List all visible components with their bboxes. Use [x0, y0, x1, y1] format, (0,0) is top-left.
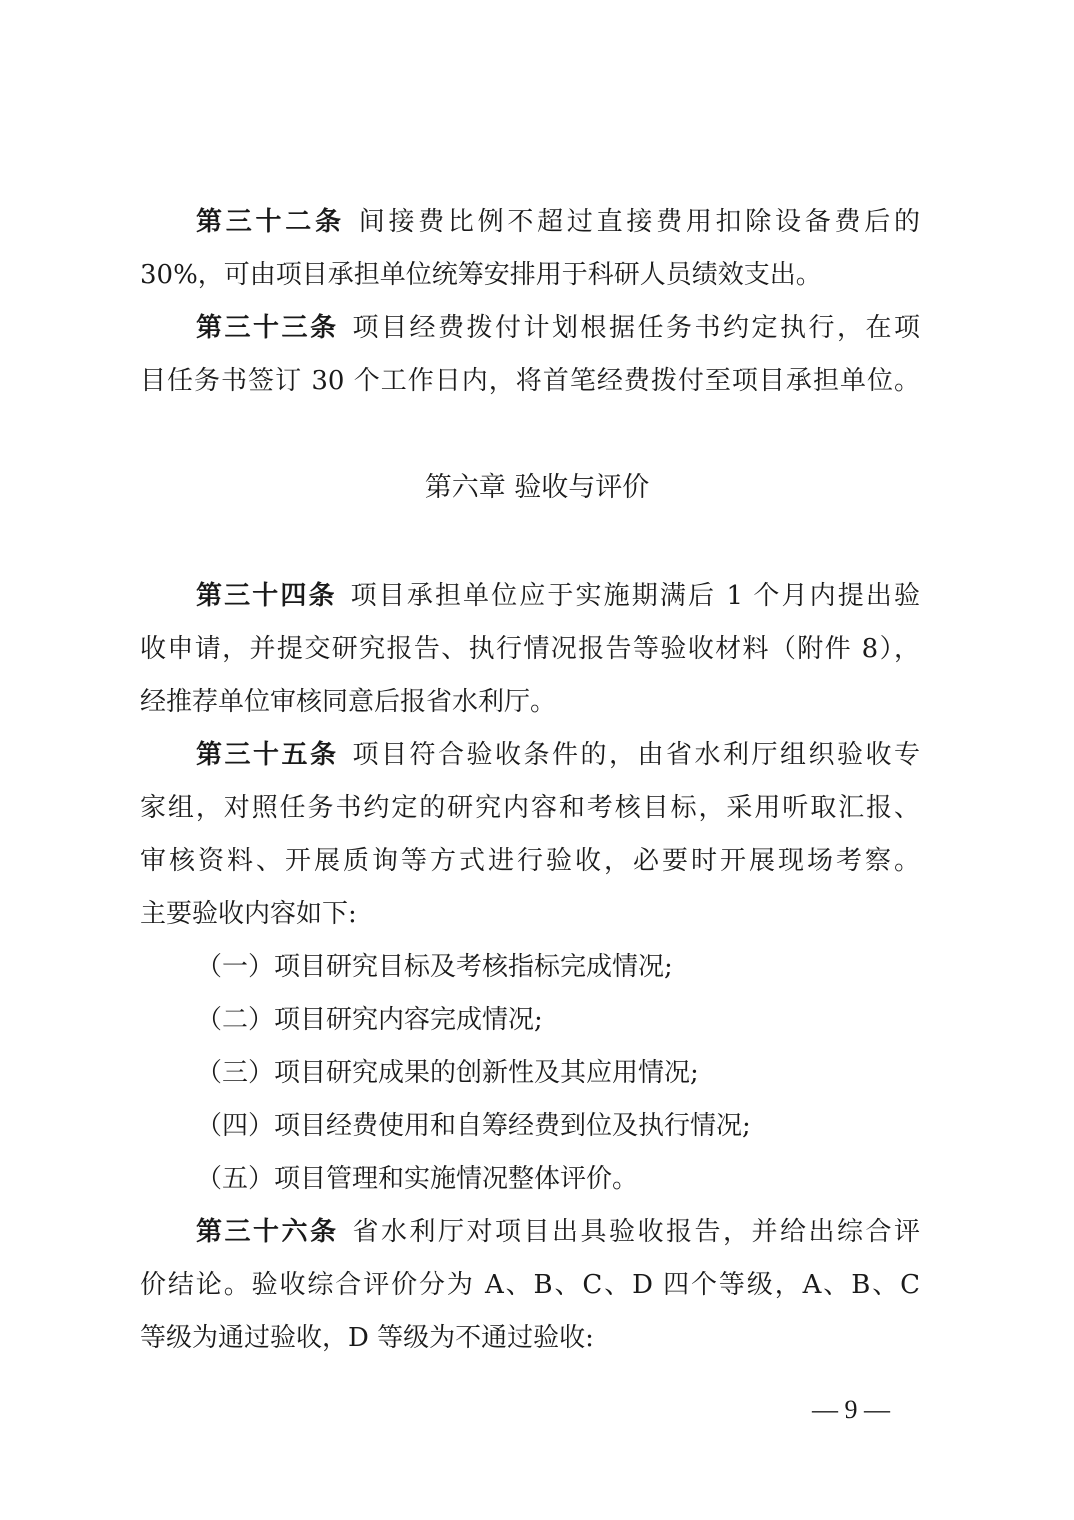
article-34-line-1: 第三十四条项目承担单位应于实施期满后 1 个月内提出验: [196, 576, 920, 616]
list-item-1: （一）项目研究目标及考核指标完成情况;: [196, 947, 920, 987]
article-34-line-2: 收申请，并提交研究报告、执行情况报告等验收材料（附件 8），: [140, 629, 920, 669]
list-item-2: （二）项目研究内容完成情况;: [196, 1000, 920, 1040]
list-item-5: （五）项目管理和实施情况整体评价。: [196, 1159, 920, 1199]
article-35-line-3: 审核资料、开展质询等方式进行验收，必要时开展现场考察。: [140, 841, 920, 881]
article-33-line-2: 目任务书签订 30 个工作日内，将首笔经费拨付至项目承担单位。: [140, 361, 920, 401]
document-page: 第三十二条间接费比例不超过直接费用扣除设备费后的 30%，可由项目承担单位统筹安…: [0, 0, 1074, 1520]
article-35-line-4: 主要验收内容如下:: [140, 894, 920, 934]
article-36-line-3: 等级为通过验收，D 等级为不通过验收:: [140, 1318, 920, 1358]
article-34-line-3: 经推荐单位审核同意后报省水利厅。: [140, 682, 920, 722]
article-33-text: 项目经费拨付计划根据任务书约定执行，在项: [353, 313, 920, 343]
article-32-heading: 第三十二条: [196, 207, 345, 237]
list-item-4: （四）项目经费使用和自筹经费到位及执行情况;: [196, 1106, 920, 1146]
chapter-title: 第六章 验收与评价: [0, 468, 1074, 508]
article-32-text: 间接费比例不超过直接费用扣除设备费后的: [359, 207, 920, 237]
article-34-heading: 第三十四条: [196, 581, 337, 611]
article-36-line-1: 第三十六条省水利厅对项目出具验收报告，并给出综合评: [196, 1212, 920, 1252]
article-32-line-2: 30%，可由项目承担单位统筹安排用于科研人员绩效支出。: [140, 255, 920, 295]
article-35-text: 项目符合验收条件的，由省水利厅组织验收专: [353, 740, 920, 770]
article-35-line-2: 家组，对照任务书约定的研究内容和考核目标，采用听取汇报、: [140, 788, 920, 828]
article-33-heading: 第三十三条: [196, 313, 339, 343]
article-33-line-1: 第三十三条项目经费拨付计划根据任务书约定执行，在项: [196, 308, 920, 348]
article-36-text: 省水利厅对项目出具验收报告，并给出综合评: [353, 1217, 920, 1247]
article-35-heading: 第三十五条: [196, 740, 339, 770]
article-36-heading: 第三十六条: [196, 1217, 339, 1247]
list-item-3: （三）项目研究成果的创新性及其应用情况;: [196, 1053, 920, 1093]
article-32-line-1: 第三十二条间接费比例不超过直接费用扣除设备费后的: [196, 202, 920, 242]
article-35-line-1: 第三十五条项目符合验收条件的，由省水利厅组织验收专: [196, 735, 920, 775]
article-34-text: 项目承担单位应于实施期满后 1 个月内提出验: [351, 581, 920, 611]
page-number: — 9 —: [812, 1394, 890, 1426]
article-36-line-2: 价结论。验收综合评价分为 A、B、C、D 四个等级，A、B、C: [140, 1265, 920, 1305]
